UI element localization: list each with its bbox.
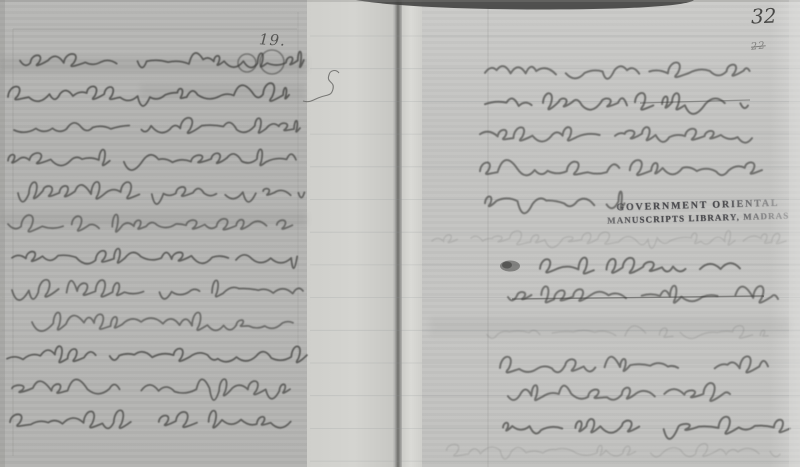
handwritten-line: approx: தனிவியாபாரம் பண்ண bbox=[503, 417, 790, 439]
handwritten-line: approx: கூ. இதில் சாலச் சிறந்து bbox=[485, 63, 750, 79]
bleedthrough-marks bbox=[447, 444, 781, 459]
left-page-number: 19. bbox=[259, 30, 287, 49]
paper-streak bbox=[0, 213, 307, 226]
handwritten-line: approx: பெயரும் இது ஒரு பெயர் bbox=[480, 160, 762, 175]
folio-mark: 22 bbox=[750, 40, 766, 52]
handwritten-line: approx: இந்த களவு மனுஷனுண bbox=[500, 356, 768, 372]
handwritten-line: approx: ஆண்டே நன்றில் இஷ்டம் bbox=[7, 346, 319, 362]
hair-mark bbox=[303, 71, 339, 102]
scan-right-fore-edge bbox=[789, 0, 800, 467]
handwritten-line: approx: அதில் நடம் அணைந்து bbox=[32, 313, 293, 332]
handwriting-layer: approx: தனிவியாபாரம் கடுதிடுapprox: டன் … bbox=[0, 0, 800, 467]
handwritten-line: approx: கண்ணுடன் விரைவில் bbox=[12, 280, 303, 300]
handwritten-line: approx: விடைய தெரும் தினம் bbox=[480, 127, 752, 142]
handwritten-line: approx: காணும். உ தித மும் bbox=[508, 383, 730, 401]
handwritten-line: approx: வராது. வெளிவரும் நதி bbox=[18, 182, 304, 204]
handwritten-line: approx: களவு யோனுகு bbox=[540, 258, 740, 274]
manuscript-scan: approx: தனிவியாபாரம் கடுதிடுapprox: டன் … bbox=[0, 0, 800, 467]
handwritten-line: approx: யாம். இந்த காலம் வரை bbox=[14, 118, 300, 133]
right-page-number: 32 bbox=[751, 4, 777, 29]
ink-blot bbox=[502, 262, 512, 269]
bleedthrough-marks bbox=[432, 231, 798, 249]
handwritten-line: approx: ல் கூட கோபண முறையா bbox=[10, 410, 301, 428]
handwritten-line: approx: பகை வந்த செம்மை கழறது bbox=[508, 286, 778, 303]
scan-top-edge bbox=[0, 0, 800, 2]
handwritten-line: approx: செய்யும். வெகு நன்மை. bbox=[485, 93, 748, 114]
scan-left-edge bbox=[0, 0, 5, 467]
handwritten-line: approx: கண்மையில்லை. தெளிவி bbox=[12, 379, 290, 400]
